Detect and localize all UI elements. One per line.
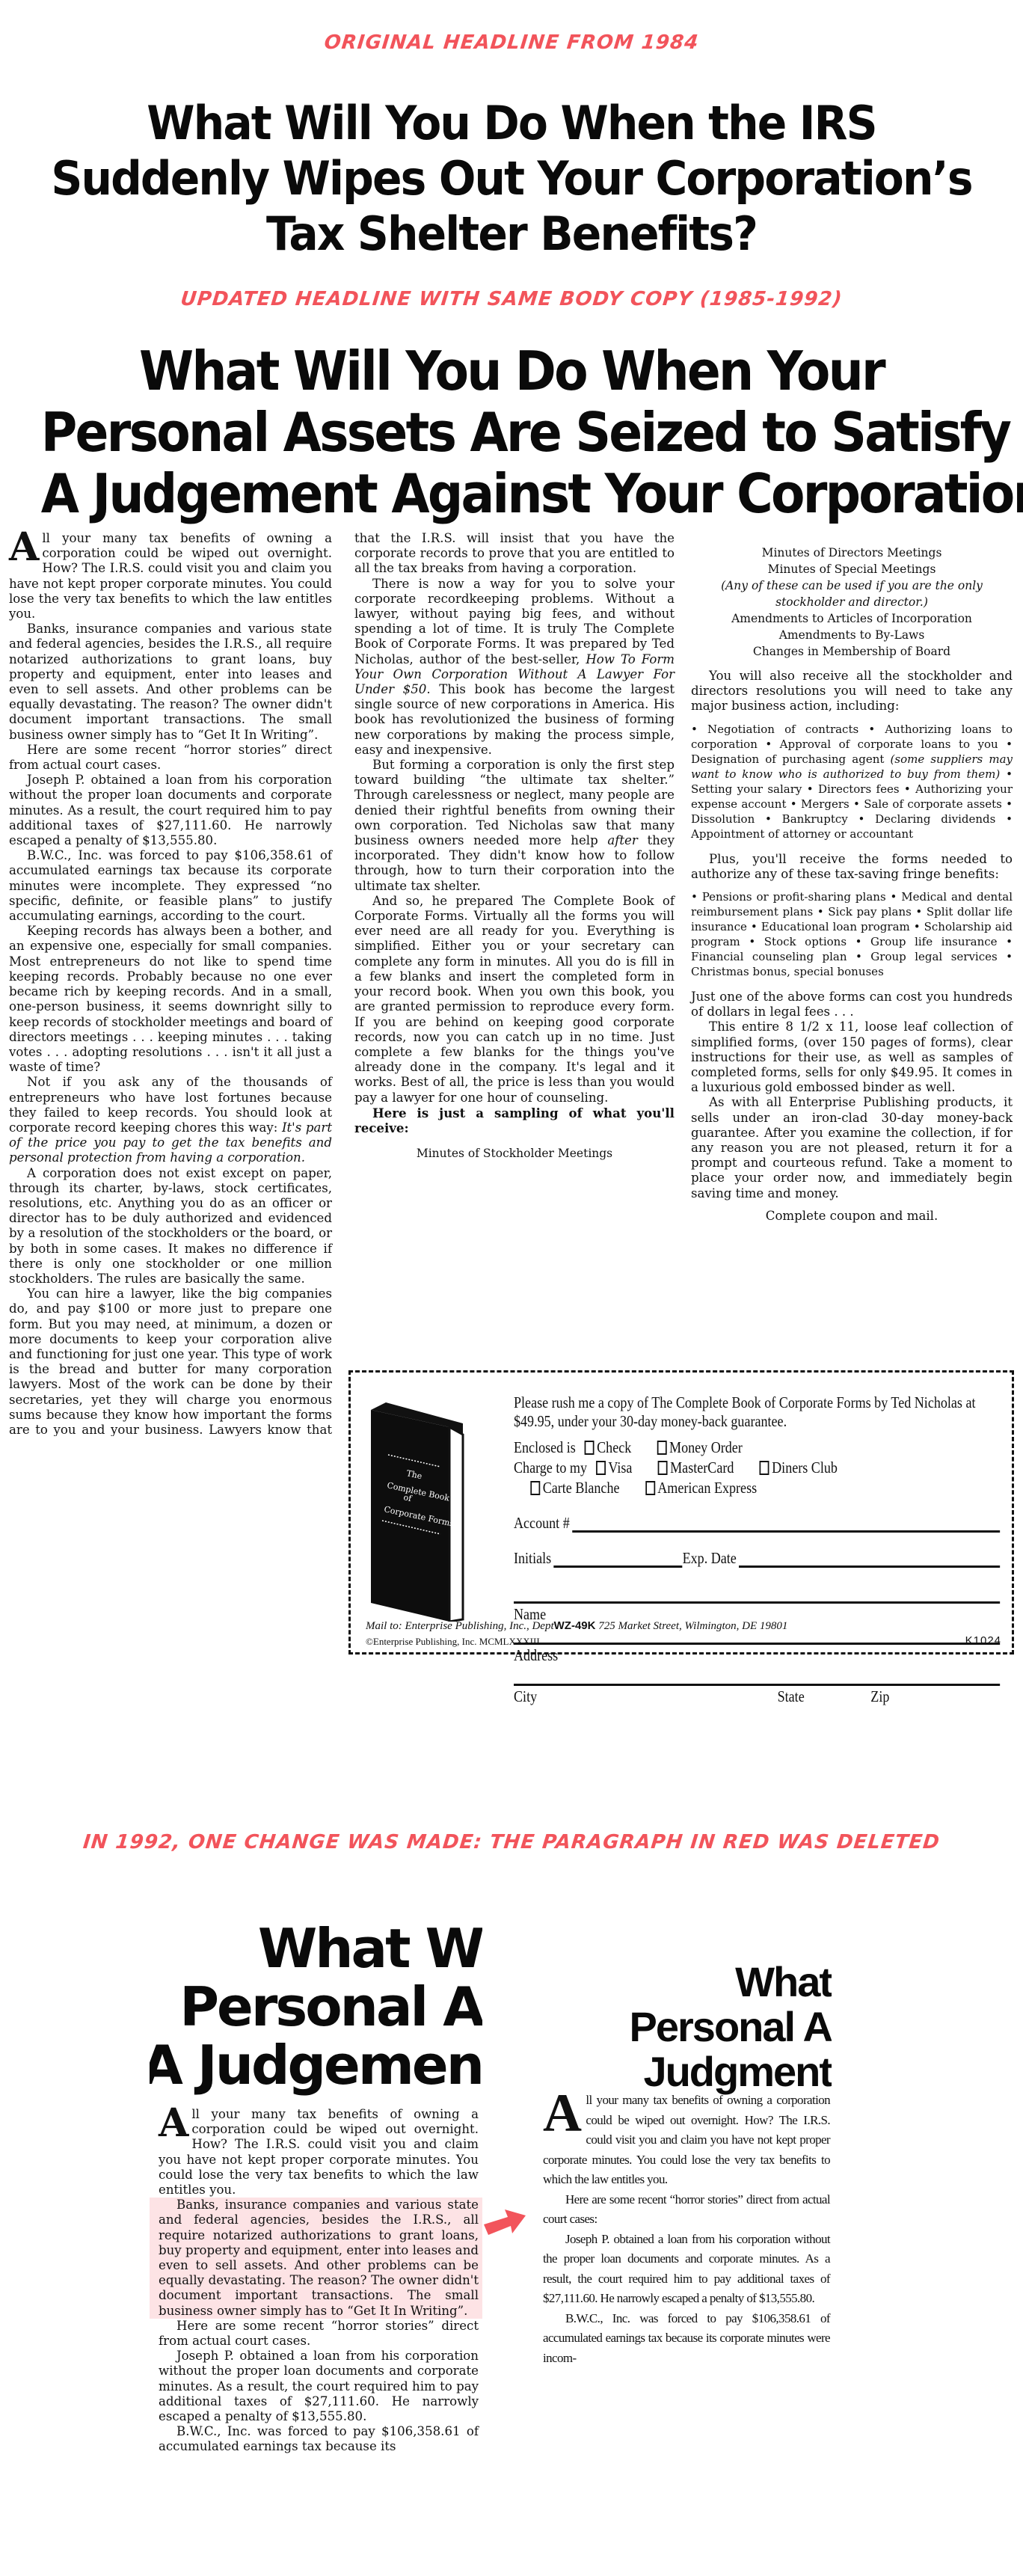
paragraph-lawyers-continued: that the I.R.S. will insist that you hav…	[354, 531, 675, 577]
copyright-notice: ©Enterprise Publishing, Inc. MCMLXXXIII	[366, 1636, 540, 1648]
diners-club-option[interactable]: Diners Club	[760, 1459, 838, 1477]
form-list-item: Amendments to By-Laws	[691, 627, 1013, 643]
checkbox[interactable]	[585, 1441, 595, 1455]
annotation-original-headline: Original headline from 1984	[0, 31, 1023, 54]
paragraph-intro: All your many tax benefits of owning a c…	[159, 2107, 479, 2198]
initials-input[interactable]	[554, 1553, 683, 1568]
account-number-field[interactable]: Account #	[514, 1514, 1000, 1533]
drop-cap: A	[9, 533, 39, 562]
headline-line: Personal Assets Are Seized to Satisfy	[41, 402, 983, 463]
body-column-2: that the I.R.S. will insist that you hav…	[354, 531, 675, 1161]
paragraph-bwc: B.W.C., Inc. was forced to pay $106,358.…	[9, 848, 332, 924]
paragraph-price: This entire 8 1/2 x 11, loose leaf colle…	[691, 1019, 1013, 1095]
form-list-item: Minutes of Special Meetings	[691, 561, 1013, 577]
mail-to-address: Mail to: Enterprise Publishing, Inc., De…	[366, 1619, 787, 1633]
headline-line: Suddenly Wipes Out Your Corporation’s	[31, 151, 992, 206]
address-label: Address	[514, 1646, 1000, 1665]
form-list-item: Minutes of Stockholder Meetings	[354, 1146, 675, 1161]
headline-line: Personal A	[630, 2005, 832, 2049]
paragraph-sampling: Here is just a sampling of what you'll r…	[354, 1105, 675, 1135]
key-code: K1024	[965, 1634, 1001, 1647]
paragraph-corporation-exists: A corporation does not exist except on p…	[9, 1166, 332, 1287]
visa-option[interactable]: Visa	[596, 1459, 632, 1477]
headline-1985: What Will You Do When Your Personal Asse…	[41, 340, 983, 524]
paragraph-joseph: Joseph P. obtained a loan from his corpo…	[543, 2230, 830, 2309]
excerpt-body: All your many tax benefits of owning a c…	[543, 2091, 830, 2368]
paragraph-hire-lawyer: You can hire a lawyer, like the big comp…	[9, 1287, 332, 1436]
paragraph-solution: There is now a way for you to solve your…	[354, 577, 675, 758]
headline-line: A Judgemen	[150, 2035, 482, 2095]
headline-line: A Judgement Against Your Corporation?	[41, 463, 983, 524]
form-list-item: Minutes of Directors Meetings	[691, 545, 1013, 561]
deleted-paragraph-highlight: Banks, insurance companies and various s…	[150, 2198, 482, 2319]
carte-blanche-option[interactable]: Carte Blanche	[530, 1479, 619, 1497]
checkbox[interactable]	[658, 1461, 668, 1475]
drop-cap: A	[159, 2109, 188, 2138]
body-column-3: Minutes of Directors Meetings Minutes of…	[691, 531, 1013, 1224]
annotation-change-1992: In 1992, one change was made: the paragr…	[0, 1831, 1023, 1853]
paragraph-cost: Just one of the above forms can cost you…	[691, 990, 1013, 1019]
headline-1984: What Will You Do When the IRS Suddenly W…	[31, 96, 992, 262]
paragraph-intro: All your many tax benefits of owning a c…	[9, 531, 332, 622]
checkbox[interactable]	[596, 1461, 606, 1475]
paragraph-fringe-intro: Plus, you'll receive the forms needed to…	[691, 852, 1013, 882]
fringe-benefits-list: • Pensions or profit-sharing plans • Med…	[691, 889, 1013, 979]
coupon-form: Please rush me a copy of The Complete Bo…	[514, 1393, 1000, 1706]
before-change-excerpt: What W Personal A A Judgemen All your ma…	[150, 1919, 482, 2576]
annotation-updated-headline: Updated headline with same body copy (19…	[0, 288, 1023, 310]
charge-row: Charge to my Visa MasterCard Diners Club	[514, 1459, 1000, 1477]
form-list-item: Amendments to Articles of Incorporation	[691, 610, 1013, 627]
paragraph-bwc-partial: B.W.C., Inc. was forced to pay $106,358.…	[159, 2424, 479, 2454]
coupon-intro: Please rush me a copy of The Complete Bo…	[514, 1393, 1000, 1431]
form-list-note: (Any of these can be used if you are the…	[691, 577, 1013, 610]
paragraph-banks: Banks, insurance companies and various s…	[9, 622, 332, 743]
after-change-excerpt: What Personal A Judgment All your many t…	[532, 1960, 832, 2576]
paragraph-horror-stories: Here are some recent “horror stories” di…	[159, 2319, 479, 2349]
name-input[interactable]	[514, 1568, 1000, 1604]
paragraph-first-step: But forming a corporation is only the fi…	[354, 758, 675, 894]
paragraph-joseph: Joseph P. obtained a loan from his corpo…	[9, 773, 332, 848]
body-column-1: All your many tax benefits of owning a c…	[9, 531, 332, 1436]
paragraph-complete-coupon: Complete coupon and mail.	[691, 1209, 1013, 1224]
paragraph-horror-stories: Here are some recent “horror stories” di…	[543, 2190, 830, 2230]
form-list-item: Changes in Membership of Board	[691, 643, 1013, 660]
paragraph-not-if: Not if you ask any of the thousands of e…	[9, 1075, 332, 1165]
headline-line: Personal A	[179, 1977, 482, 2037]
city-state-zip-input[interactable]	[514, 1665, 1000, 1686]
paragraph-horror-stories: Here are some recent “horror stories” di…	[9, 743, 332, 773]
checkbox[interactable]	[657, 1441, 667, 1455]
enclosed-row: Enclosed is Check Money Order	[514, 1438, 1000, 1457]
paragraph-guarantee: As with all Enterprise Publishing produc…	[691, 1095, 1013, 1200]
charge-row-2: Carte Blanche American Express	[514, 1479, 1000, 1497]
account-number-input[interactable]	[572, 1518, 1000, 1533]
paragraph-prepared: And so, he prepared The Complete Book of…	[354, 894, 675, 1105]
headline-line: What	[735, 1960, 832, 2005]
american-express-option[interactable]: American Express	[645, 1479, 757, 1497]
headline-line: What Will You Do When Your	[41, 340, 983, 402]
checkbox[interactable]	[760, 1461, 769, 1475]
headline-line: Judgment	[643, 2049, 832, 2094]
resolutions-list: • Negotiation of contracts • Authorizing…	[691, 722, 1013, 841]
check-option[interactable]: Check	[585, 1438, 631, 1457]
book-binder-icon: The Complete Book of Corporate Forms	[367, 1401, 472, 1622]
mastercard-option[interactable]: MasterCard	[658, 1459, 734, 1477]
money-order-option[interactable]: Money Order	[657, 1438, 743, 1457]
headline-line: What W	[258, 1919, 482, 1978]
arrow-right-icon	[482, 2207, 527, 2236]
initials-exp-row: Initials Exp. Date	[514, 1549, 1000, 1568]
paragraph-bwc-partial: B.W.C., Inc. was forced to pay $106,358.…	[543, 2309, 830, 2369]
checkbox[interactable]	[530, 1481, 540, 1495]
paragraph-resolutions: You will also receive all the stockholde…	[691, 669, 1013, 714]
paragraph-joseph: Joseph P. obtained a loan from his corpo…	[159, 2349, 479, 2424]
form-list: Minutes of Directors Meetings Minutes of…	[691, 545, 1013, 660]
drop-cap: A	[543, 2092, 581, 2134]
headline-line: What Will You Do When the IRS	[31, 96, 992, 151]
paragraph-keeping-records: Keeping records has always been a bother…	[9, 924, 332, 1075]
paragraph-intro: All your many tax benefits of owning a c…	[543, 2091, 830, 2190]
excerpt-body: All your many tax benefits of owning a c…	[159, 2107, 479, 2455]
city-state-zip-labels: City State Zip	[514, 1687, 1000, 1706]
checkbox[interactable]	[645, 1481, 655, 1495]
headline-line: Tax Shelter Benefits?	[31, 206, 992, 262]
order-coupon: The Complete Book of Corporate Forms Ple…	[348, 1370, 1014, 1655]
exp-date-input[interactable]	[739, 1553, 1000, 1568]
